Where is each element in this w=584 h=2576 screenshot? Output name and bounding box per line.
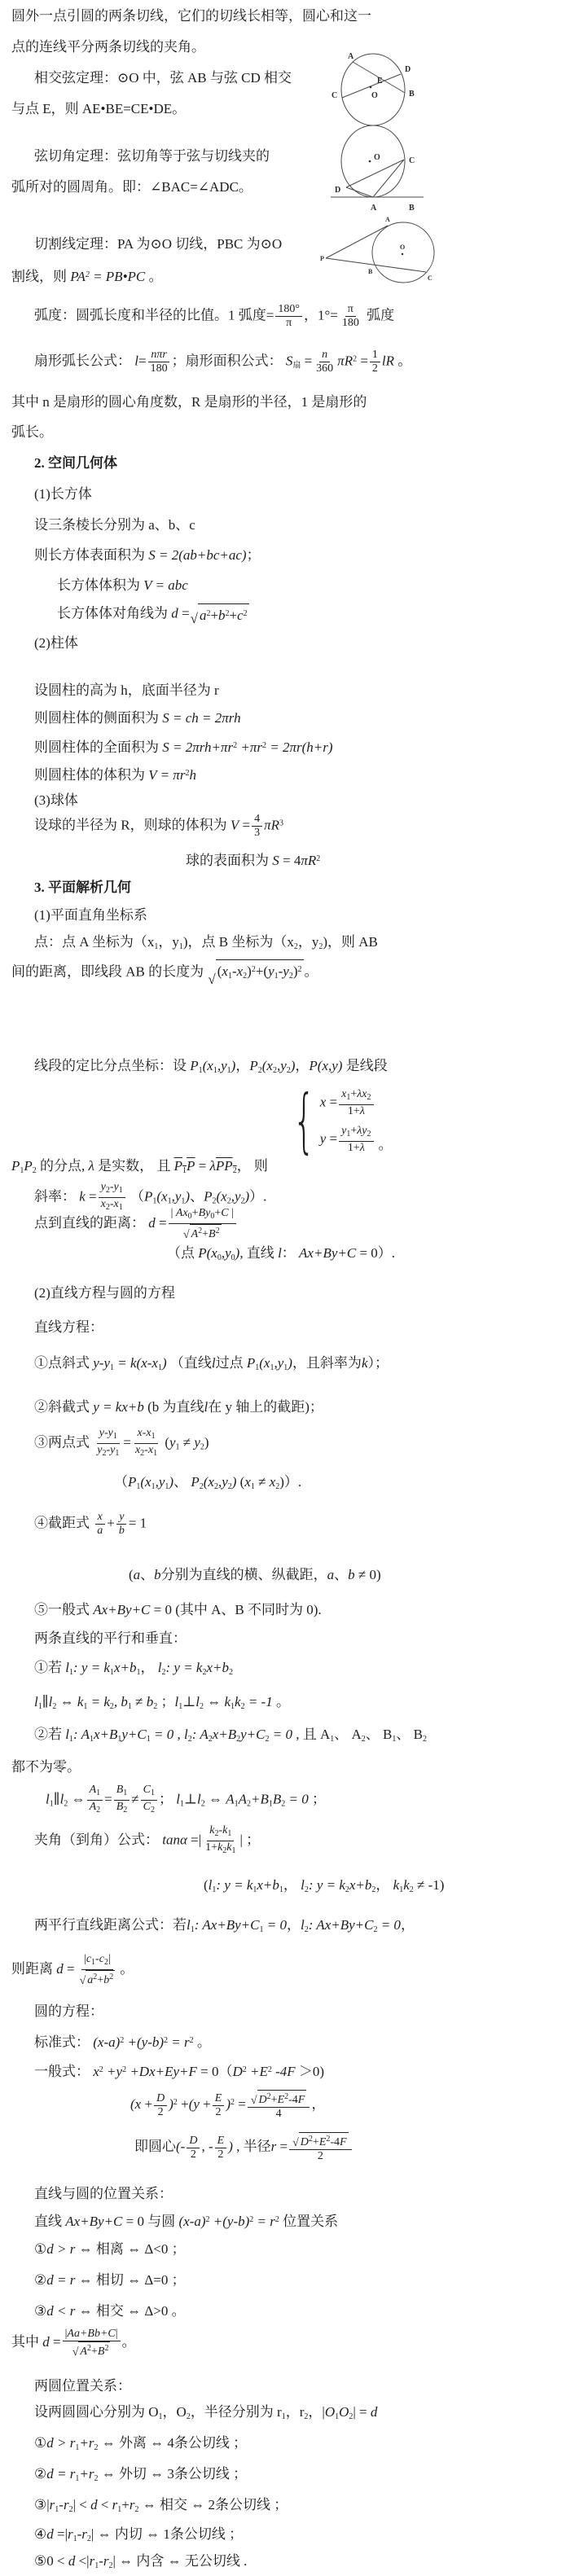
figure-label: C [428, 274, 433, 282]
text-line: ④截距式 xa+yb= 1 [34, 1511, 147, 1538]
text-line: ①点斜式 y-y1 = k(x-x1) （直线l过点 P1(x1,y1)，且斜率… [34, 1354, 389, 1378]
text-line: (2)直线方程与圆的方程 [34, 1284, 175, 1303]
text-line: 都不为零。 [11, 1758, 81, 1777]
text-line: 割线，则 PA2 = PB•PC 。 [11, 265, 163, 287]
text-line: ①d > r ⇔ 相离 ⇔ Δ<0 ； [34, 2240, 186, 2259]
text-line: 点的连线平分两条切线的夹角。 [11, 37, 205, 57]
case-row: y =y1+λy21+λ [320, 1125, 375, 1155]
text-line: 切割线定理：PA 为⊙O 切线，PBC 为⊙O [34, 235, 282, 254]
text-line: 3. 平面解析几何 [34, 878, 131, 897]
text-line: 设圆柱的高为 h，底面半径为 r [34, 681, 219, 700]
text-line: ⑤一般式 Ax+By+C = 0 (其中 A、B 不同时为 0). [34, 1600, 322, 1620]
figure-label: D [335, 186, 340, 195]
text-line: 则长方体表面积为 S = 2(ab+bc+ac)； [34, 546, 261, 565]
figure-label: B [409, 90, 415, 99]
text-line: 则距离 d =|c1-c2|√a2+b2。 [11, 1953, 134, 1987]
figure-label: B [368, 268, 373, 275]
text-line: （P1(x1,y1)、 P2(x2,y2) (x1 ≠ x2)）. [114, 1472, 301, 1497]
figure-label: A [385, 216, 390, 223]
text-line: 两平行直线距离公式：若l1: Ax+By+C1 = 0，l2: Ax+By+C2… [34, 1916, 415, 1940]
figure-label: C [409, 156, 415, 165]
figure-label: A [348, 52, 354, 61]
text-line: ③d < r ⇔ 相交 ⇔ Δ>0 。 [34, 2302, 186, 2321]
text-line: 弧所对的圆周角。即：∠BAC=∠ADC。 [11, 178, 252, 197]
text-line: ②若 l1: A1x+B1y+C1 = 0 , l2: A2x+B2y+C2 =… [34, 1725, 427, 1749]
text-line: (1)平面直角坐标系 [34, 906, 147, 925]
text-line: 则圆柱体的全面积为 S = 2πrh+πr2 +πr2 = 2πr(h+r) [34, 736, 333, 757]
text-line: (2)柱体 [34, 634, 78, 653]
equation-cases: {x =x1+λx21+λy =y1+λy21+λ。 [282, 1088, 393, 1155]
text-line: ③|r1-r2| < d < r1+r2 ⇔ 相交 ⇔ 2条公切线 ； [34, 2495, 288, 2520]
case-suffix: 。 [379, 1135, 393, 1155]
text-line: 线段的定比分点坐标：设 P1(x1,y1)，P2(x2,y2)，P(x,y) 是… [34, 1056, 388, 1081]
text-line: 间的距离，即线段 AB 的长度为 √(x1-x2)2+(y1-y2)2。 [11, 959, 318, 986]
text-line: ②d = r ⇔ 相切 ⇔ Δ=0 ； [34, 2271, 186, 2290]
text-line: ④d =|r1-r2| ⇔ 内切 ⇔ 1条公切线 ； [34, 2525, 243, 2549]
text-line: ③两点式 y-y1y2-y1=x-x1x2-x1 (y1 ≠ y2) [34, 1427, 209, 1460]
tangent-chord-figure: O C D A B [324, 122, 434, 220]
text-line: 设球的半径为 R，则球的体积为 V =43πR3 [34, 813, 283, 840]
text-line: 一般式： x2 +y2 +Dx+Ey+F = 0（D2 +E2 -4F ＞0) [34, 2060, 324, 2082]
text-line: 长方体体对角线为 d =√a2+b2+c2 [57, 603, 250, 625]
text-line: 弧长。 [11, 423, 53, 442]
text-line: 其中 n 是扇形的圆心角度数，R 是扇形的半径，1 是扇形的 [11, 393, 367, 412]
text-line: 圆的方程： [34, 2002, 103, 2021]
text-line: (3)球体 [34, 791, 78, 810]
figure-label: O [371, 91, 378, 100]
text-line: 点：点 A 坐标为（x1，y1)，点 B 坐标为（x2，y2)，则 AB [34, 933, 378, 957]
text-line: (a、b分别为直线的横、纵截距，a、b ≠ 0) [129, 1565, 381, 1585]
brace: { [293, 1090, 315, 1152]
text-line: l1∥l2 ⇔ k1 = k2, b1 ≠ b2 ；l1⊥l2 ⇔ k1k2 =… [34, 1692, 290, 1717]
text-line: 圆外一点引圆的两条切线，它们的切线长相等，圆心和这一 [11, 7, 371, 26]
text-line: 直线 Ax+By+C = 0 与圆 (x-a)2 +(y-b)2 = r2 位置… [34, 2210, 338, 2232]
center-dot [402, 253, 403, 255]
figure-label: O [374, 153, 380, 162]
figure-label: O [400, 244, 405, 251]
text-line: 与点 E，则 AE•BE=CE•DE。 [11, 99, 186, 119]
document-page: A D C B E O O C D A B P A O B C 圆外一点引圆的两… [0, 0, 584, 2576]
text-line: 球的表面积为 S = 4πR2 [186, 849, 320, 871]
text-line: ①d > r1+r2 ⇔ 外离 ⇔ 4条公切线 ； [34, 2433, 247, 2458]
text-line: 相交弦定理：⊙O 中，弦 AB 与弦 CD 相交 [34, 68, 292, 88]
text-line: 两圆位置关系： [34, 2376, 131, 2396]
figure-label: A [371, 204, 377, 213]
case-row: x =x1+λx21+λ [320, 1088, 375, 1118]
text-line: P1P2 的分点, λ 是实数， 且 P1P = λPP2， 则 [11, 1156, 268, 1181]
text-line: 弦切角定理：弦切角等于弦与切线夹的 [34, 147, 270, 166]
text-line: 设三条棱长分别为 a、b、c [34, 516, 195, 535]
text-line: l1∥l2 ⇔A1A2=B1B2≠C1C2； l1⊥l2 ⇔ A1A2+B1B2… [46, 1784, 326, 1817]
center-dot [370, 86, 372, 89]
text-line: 点到直线的距离： d =| Ax0+By0+C |√A2+B2 [34, 1207, 238, 1241]
figure-label: E [377, 77, 383, 86]
text-line: (l1: y = k1x+b1， l2: y = k2x+b2， k1k2 ≠ … [204, 1876, 444, 1900]
text-line: 夹角（到角）公式： tanα =|k2-k11+k2k1| ； [34, 1824, 260, 1858]
figure-label: P [320, 255, 324, 262]
text-line: 直线与圆的位置关系： [34, 2184, 173, 2204]
center-dot [369, 160, 371, 163]
text-line: 标准式： (x-a)2 +(y-b)2 = r2 。 [34, 2031, 211, 2052]
text-line: ②d = r1+r2 ⇔ 外切 ⇔ 3条公切线 ； [34, 2464, 247, 2489]
figure-label: D [405, 65, 411, 74]
text-line: 设两圆圆心分别为 O1，O2，半径分别为 r1，r2，|O1O2| = d [34, 2403, 377, 2427]
text-line: ①若 l1: y = k1x+b1， l2: y = k2x+b2 [34, 1658, 233, 1683]
text-line: (1)长方体 [34, 485, 92, 504]
figure-label: B [409, 204, 415, 213]
text-line: 直线方程： [34, 1318, 103, 1337]
text-line: ②斜截式 y = kx+b (b 为直线l在 y 轴上的截距)； [34, 1398, 323, 1417]
text-line: 长方体体积为 V = abc [57, 576, 188, 595]
text-line: 即圆心(-D2, -E2) , 半径r =√D2+E2-4F2 [134, 2132, 353, 2163]
text-line: 其中 d =|Aa+Bb+C|√A2+B2。 [11, 2328, 136, 2359]
text-line: 弧度：圆弧长度和半径的比值。1 弧度=180°π，1°=π180 弧度 [34, 303, 394, 330]
text-line: 则圆柱体的体积为 V = πr2h [34, 764, 196, 785]
text-line: (x +D2)2 +(y +E2)2 =√D2+E2-4F4， [130, 2090, 325, 2121]
text-line: 扇形弧长公式： l=nπr180；扇形面积公式： S扇 =n360πR2 =12… [34, 349, 411, 375]
text-line: 则圆柱体的侧面积为 S = ch = 2πrh [34, 709, 241, 728]
figure-label: C [332, 91, 337, 100]
text-line: ⑤0 < d <|r1-r2| ⇔ 内含 ⇔ 无公切线 . [34, 2552, 247, 2576]
text-line: 2. 空间几何体 [34, 454, 117, 473]
text-line: （点 P(x0,y0), 直线 l： Ax+By+C = 0）. [167, 1244, 395, 1268]
tangent-secant-figure: P A O B C [319, 213, 446, 291]
text-line: 两条直线的平行和垂直： [34, 1629, 187, 1648]
